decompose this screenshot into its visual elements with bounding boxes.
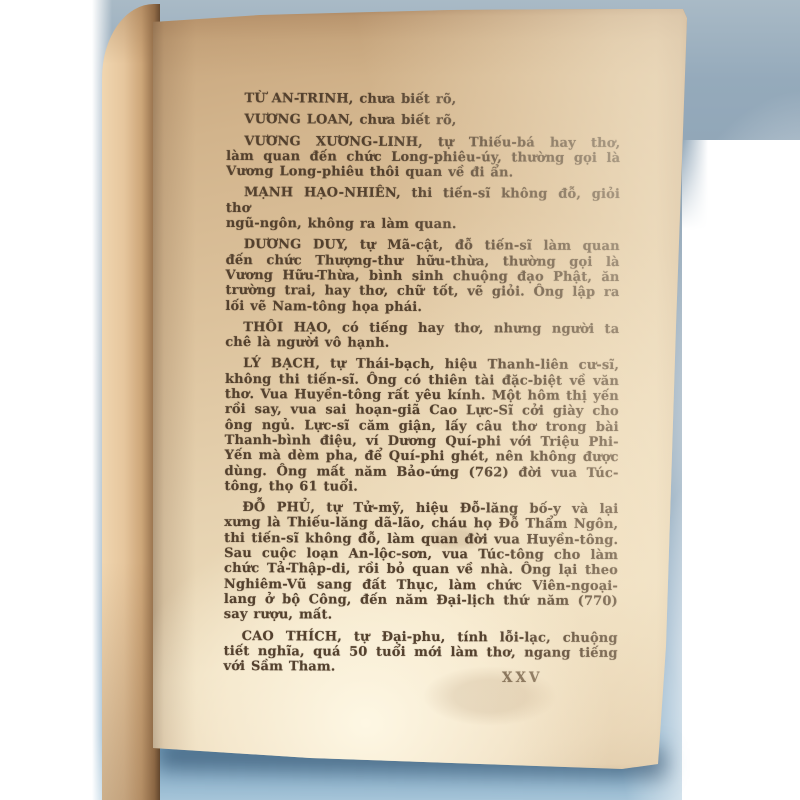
book-photo: TỪ AN-TRINH, chưa biết rõ,VƯƠNG LOAN, ch…: [0, 0, 800, 800]
paragraph: THÔI HẠO, có tiếng hay thơ, nhưng người …: [225, 320, 619, 353]
text-line: CAO THÍCH, tự Đại-phu, tính lỗi-lạc, chu…: [224, 628, 618, 645]
paragraph: MẠNH HẠO-NHIÊN, thi tiến-sĩ không đỗ, gi…: [226, 185, 620, 233]
text-line: với Sầm Tham.: [223, 659, 617, 676]
text-line: VƯƠNG LOAN, chưa biết rõ,: [226, 112, 620, 129]
paragraph: TỪ AN-TRINH, chưa biết rõ,: [226, 91, 620, 108]
page-number: XXV: [502, 670, 542, 686]
paragraph: ĐỖ PHỦ, tự Tử-mỹ, hiệu Đỗ-lăng bố-y và l…: [224, 500, 619, 624]
text-line: dùng. Ông mất năm Bảo-ứng (762) đời vua …: [224, 463, 618, 480]
text-line: Yến mà dèm pha, để Quí-phi ghét, nên khô…: [225, 448, 619, 465]
text-line: DƯƠNG DUY, tự Mã-cật, đỗ tiến-sĩ làm qua…: [226, 237, 620, 254]
window-glare-left: [0, 0, 112, 800]
window-glare-right: [682, 140, 800, 800]
paragraph: VƯƠNG XƯƠNG-LINH, tự Thiếu-bá hay thơ,là…: [226, 134, 620, 182]
paragraph: CAO THÍCH, tự Đại-phu, tính lỗi-lạc, chu…: [223, 628, 617, 676]
paragraph: LÝ BẠCH, tự Thái-bạch, hiệu Thanh-liên c…: [224, 356, 619, 496]
text-line: chê là người vô hạnh.: [225, 335, 619, 352]
book-page: TỪ AN-TRINH, chưa biết rõ,VƯƠNG LOAN, ch…: [150, 6, 690, 786]
text-line: TỪ AN-TRINH, chưa biết rõ,: [226, 91, 620, 108]
text-line: lối vẽ Nam-tông họa phái.: [225, 299, 619, 316]
text-line: Vương Long-phiêu thôi quan về đi ẩn.: [226, 164, 620, 181]
text-line: tông, thọ 61 tuổi.: [224, 479, 618, 496]
text-line: MẠNH HẠO-NHIÊN, thi tiến-sĩ không đỗ, gi…: [226, 185, 620, 218]
text-line: say rượu, mất.: [224, 607, 618, 624]
left-page-curl: [102, 4, 160, 800]
paragraph: VƯƠNG LOAN, chưa biết rõ,: [226, 112, 620, 129]
text-line: chức Tả-Thập-di, rồi bỏ quan về nhà. Ông…: [224, 561, 618, 578]
text-line: xưng là Thiếu-lăng dã-lão, cháu họ Đỗ Th…: [224, 515, 618, 532]
paragraph: DƯƠNG DUY, tự Mã-cật, đỗ tiến-sĩ làm qua…: [225, 237, 619, 316]
text-line: trường trai, hay thơ, chữ tốt, vẽ giỏi. …: [225, 283, 619, 300]
page-text-block: TỪ AN-TRINH, chưa biết rõ,VƯƠNG LOAN, ch…: [223, 91, 620, 676]
text-line: rồi say, vua sai hoạn-giã Cao Lực-Sĩ cởi…: [225, 402, 619, 419]
text-line: LÝ BẠCH, tự Thái-bạch, hiệu Thanh-liên c…: [225, 356, 619, 373]
text-line: ngũ-ngôn, không ra làm quan.: [226, 216, 620, 233]
